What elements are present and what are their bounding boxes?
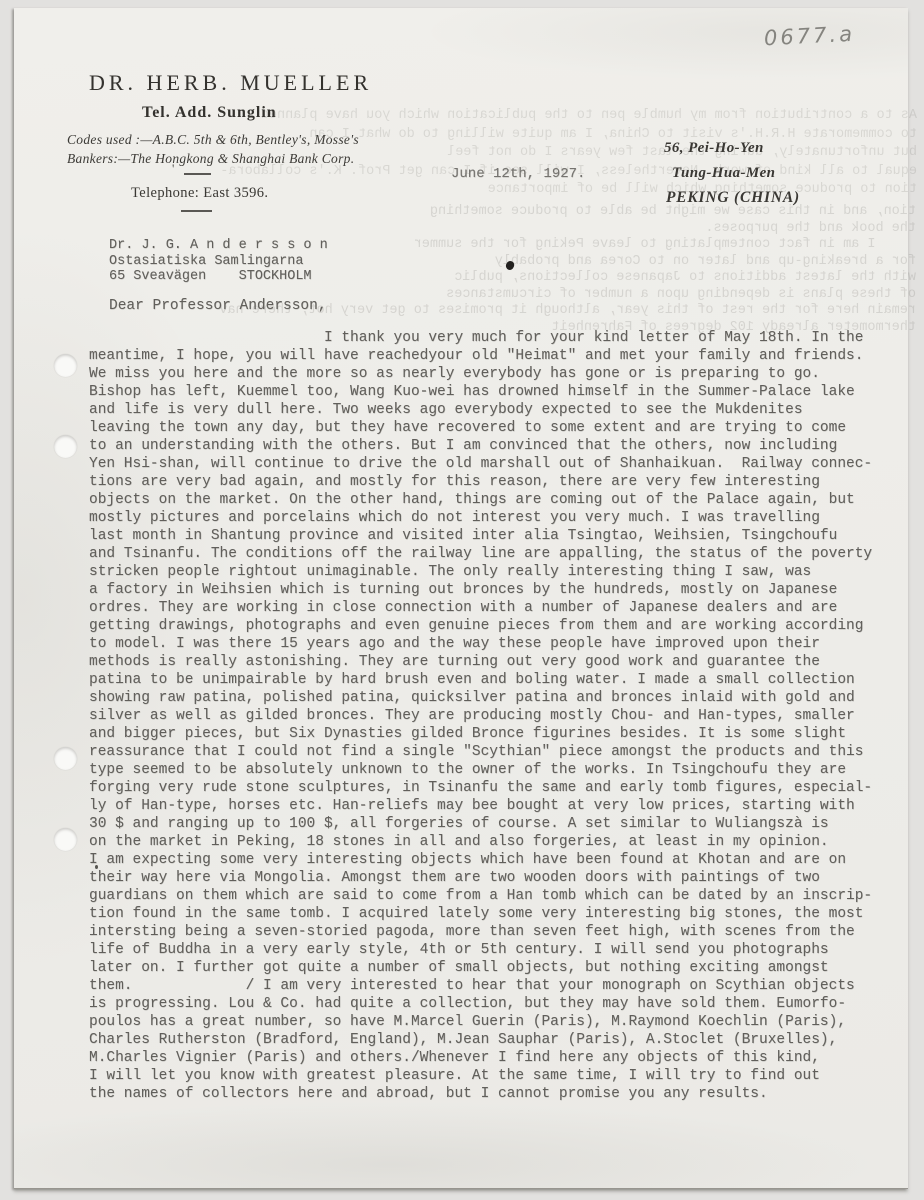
letterhead-sender-name: DR. HERB. MUELLER [89,70,372,96]
letterhead-apostrophe-mark: ' [172,161,174,177]
letter-paper: As to a contribution from my humble pen … [14,8,908,1189]
punch-hole-3 [54,747,77,770]
punch-hole-2 [54,435,77,458]
scan-background: { "document": { "archival_number": "0677… [0,0,924,1200]
punch-hole-4 [54,828,77,851]
letterhead-bankers-line: Bankers:—The Hongkong & Shanghai Bank Co… [67,151,354,167]
letterhead-codes-line: Codes used :—A.B.C. 5th & 6th, Bentley's… [67,132,359,148]
bleedthrough-text-mid: tion, and in this case we might be able … [446,204,916,336]
paper-speck [95,865,98,869]
sender-address-line-3: PEKING (CHINA) [666,189,800,207]
salutation: Dear Professor Andersson, [109,298,327,314]
letterhead-divider-rule-top [184,173,211,175]
letterhead-telephone-line: Telephone: East 3596. [131,185,268,202]
letter-body-text: I thank you very much for your kind lett… [89,329,904,1103]
recipient-address-block: Dr. J. G. A n d e r s s o n Ostasiatiska… [109,238,328,285]
letterhead-telegraph-address: Tel. Add. Sunglin [142,104,277,122]
sender-address-line-1: 56, Pei-Ho-Yen [664,140,764,157]
typed-date: June 12th, 1927. [451,166,585,182]
sender-address-line-2: Tung-Hua-Men [672,165,775,182]
ink-blot [505,260,516,271]
letterhead-divider-rule-bottom [181,210,212,212]
punch-hole-1 [54,354,77,377]
archival-number: 0677.a [763,22,855,51]
